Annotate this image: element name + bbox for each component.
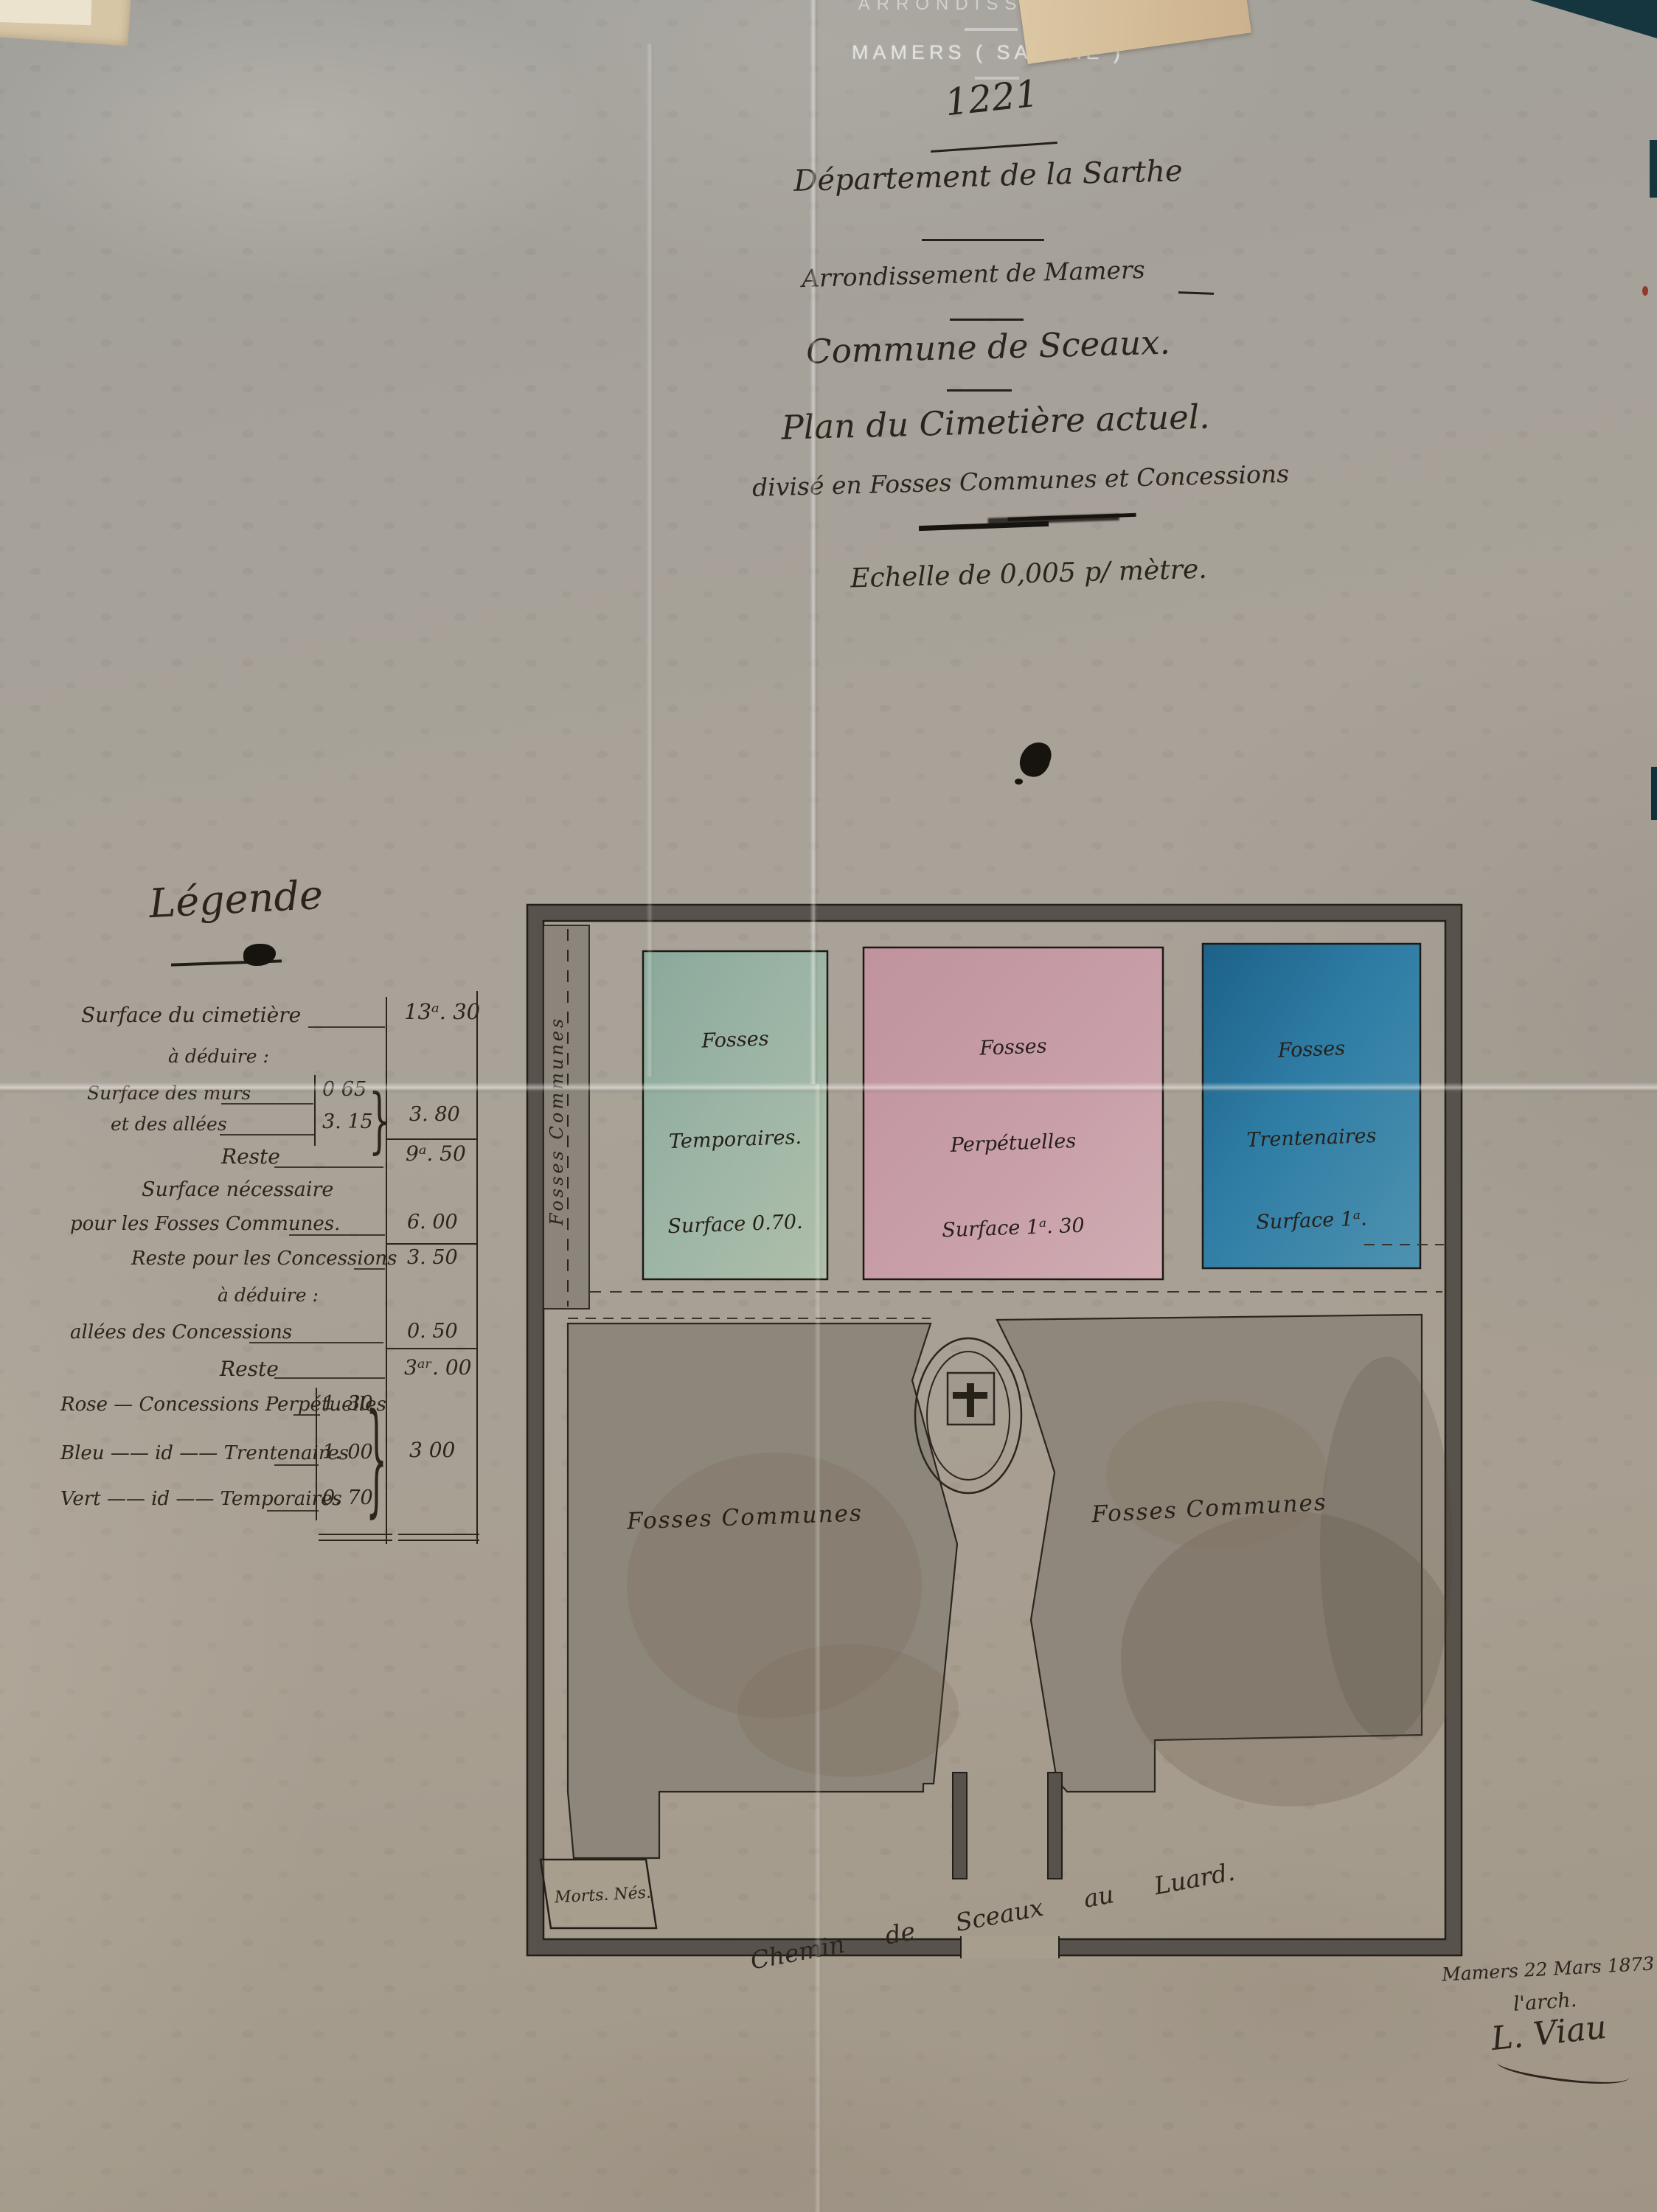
legend-double-rule xyxy=(398,1540,479,1541)
legend-row-label: et des allées xyxy=(111,1113,227,1135)
paper-stain xyxy=(1106,1401,1327,1548)
legend-brace: } xyxy=(366,1386,387,1529)
file-number: 1221 xyxy=(920,69,1063,127)
legend-row-label: Surface du cimetière xyxy=(81,1003,301,1027)
legend-double-rule xyxy=(319,1540,392,1541)
legend-separator xyxy=(387,1348,476,1349)
leader-line xyxy=(289,1234,385,1236)
leader-line xyxy=(249,1342,383,1343)
legend-row-label: allées des Concessions xyxy=(70,1321,292,1343)
file-number-underline xyxy=(931,142,1057,153)
legend-separator xyxy=(387,1243,476,1245)
legend-separator xyxy=(387,1138,476,1140)
ink-speck xyxy=(1015,779,1023,785)
plan-title: Plan du Cimetière actuel. xyxy=(774,397,1217,448)
legend-row-label: à déduire : xyxy=(168,1046,269,1067)
legend-row-label: pour les Fosses Communes. xyxy=(70,1213,340,1235)
legend-subcolumn-tick xyxy=(314,1075,316,1146)
legend-row-label: Reste xyxy=(220,1357,279,1381)
legend-subcolumn-tick xyxy=(316,1388,317,1520)
entrance-wall-stub xyxy=(953,1773,967,1879)
legend-row-label: à déduire : xyxy=(218,1284,319,1306)
leader-line xyxy=(354,1268,385,1270)
entrance-gap xyxy=(961,1936,1059,1958)
backing-board-sliver xyxy=(1650,140,1657,198)
legend-row-label: Surface nécessaire xyxy=(142,1178,333,1201)
leader-line xyxy=(221,1103,313,1105)
leader-line xyxy=(274,1166,383,1168)
cross-icon xyxy=(967,1383,974,1417)
backing-board-sliver xyxy=(1651,767,1657,820)
legend-total: 13ᵃ. 30 xyxy=(404,999,480,1024)
scale-note: Echelle de 0,005 p/ mètre. xyxy=(807,553,1251,595)
paper-stain xyxy=(737,1644,959,1777)
cross-icon xyxy=(953,1392,987,1399)
leader-line xyxy=(308,1026,385,1028)
legend-total: 0. 50 xyxy=(407,1320,458,1343)
divider-1 xyxy=(922,239,1044,241)
leader-line xyxy=(274,1464,319,1466)
signature-flourish xyxy=(1496,2048,1631,2092)
leader-line xyxy=(274,1377,385,1379)
smudged-divider xyxy=(919,521,1049,531)
legend-total: 6. 00 xyxy=(407,1211,458,1234)
ink-blot xyxy=(1016,739,1054,781)
entrance-wall-stub xyxy=(1048,1773,1062,1879)
red-mark xyxy=(1642,286,1648,296)
scanned-cemetery-plan: ARRONDISSEMENT MAMERS ( SARTHE ) 1221 Dé… xyxy=(0,0,1657,2212)
legend-row-label: Reste xyxy=(221,1144,280,1169)
legend-column-rule-right xyxy=(476,991,478,1544)
legend-row-label: Bleu —— id —— Trentenaires xyxy=(60,1442,349,1464)
legend-brace: } xyxy=(369,1078,390,1161)
ink-squiggle xyxy=(1178,291,1214,295)
strip-label: Fosses Communes xyxy=(546,973,588,1268)
legend-row-label: Surface des murs xyxy=(87,1082,251,1104)
plan-subtitle: divisé en Fosses Communes et Concessions xyxy=(752,462,1195,502)
legend-row-label: Vert —— id —— Temporaires xyxy=(60,1488,342,1510)
legend-total: 9ᵃ. 50 xyxy=(406,1141,466,1166)
tape-patch xyxy=(0,0,92,25)
divider-2 xyxy=(950,319,1024,321)
legend-title: Légende xyxy=(147,872,326,927)
stamp-flourish-top xyxy=(965,28,1018,31)
legend-double-rule xyxy=(319,1534,392,1535)
legend-sub-value: 3. 15 xyxy=(322,1110,373,1133)
backing-board-corner xyxy=(1510,0,1657,38)
legend-sub-value: 0 65 xyxy=(322,1078,367,1101)
legend-total: 3. 80 xyxy=(409,1103,460,1126)
legend-total: 3. 50 xyxy=(407,1246,458,1269)
legend-row-label: Reste pour les Concessions xyxy=(131,1248,397,1270)
paper-stain xyxy=(1320,1357,1453,1740)
divider-3 xyxy=(947,389,1012,392)
legend-total: 3ᵃʳ. 00 xyxy=(404,1355,471,1380)
header-commune: Commune de Sceaux. xyxy=(766,321,1209,372)
leader-line xyxy=(267,1510,319,1512)
header-arrondissement: Arrondissement de Mamers xyxy=(752,254,1195,294)
legend-double-rule xyxy=(398,1534,479,1535)
legend-total: 3 00 xyxy=(409,1438,455,1462)
leader-line xyxy=(220,1134,314,1135)
header-department: Département de la Sarthe xyxy=(767,153,1210,199)
